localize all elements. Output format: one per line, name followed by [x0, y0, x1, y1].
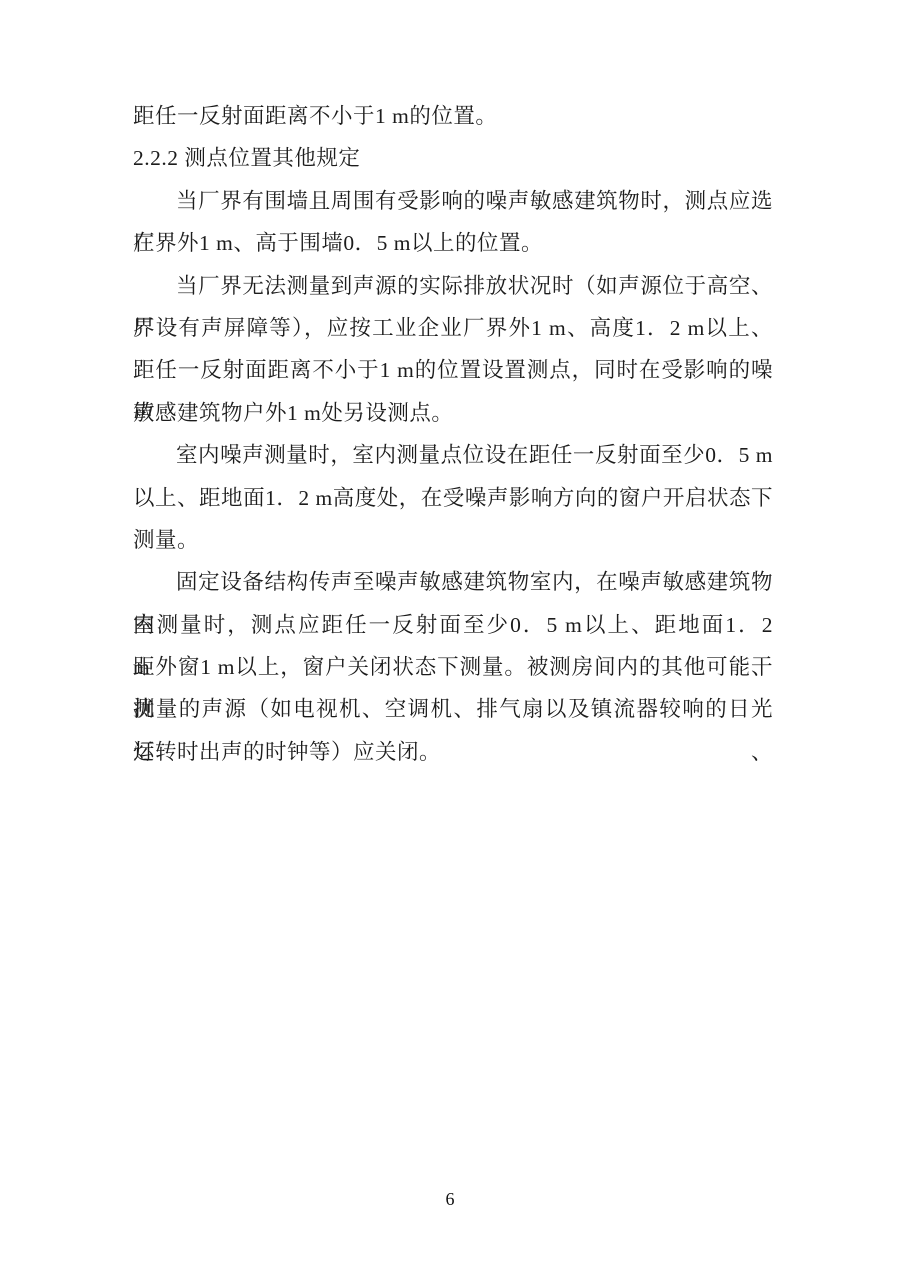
text-line: 敏感建筑物户外1 m处另设测点。	[133, 392, 773, 434]
text-line: 内测量时，测点应距任一反射面至少0．5 m以上、距地面1．2 m、	[133, 604, 773, 646]
section-heading: 2.2.2 测点位置其他规定	[133, 137, 773, 179]
page-number: 6	[0, 1188, 900, 1210]
text-line: 距外窗1 m以上，窗户关闭状态下测量。被测房间内的其他可能干扰	[133, 646, 773, 688]
text-line: 当厂界无法测量到声源的实际排放状况时（如声源位于高空、厂	[133, 265, 773, 307]
text-line: 测量的声源（如电视机、空调机、排气扇以及镇流器较响的日光灯、	[133, 688, 773, 730]
text-line: 测量。	[133, 519, 773, 561]
text-line: 界设有声屏障等），应按工业企业厂界外1 m、高度1．2 m以上、	[133, 307, 773, 349]
text-line: 固定设备结构传声至噪声敏感建筑物室内，在噪声敏感建筑物室	[133, 561, 773, 603]
text-line: 以上、距地面1．2 m高度处，在受噪声影响方向的窗户开启状态下	[133, 477, 773, 519]
text-line: 距任一反射面距离不小于1 m的位置。	[133, 95, 773, 137]
text-line: 当厂界有围墙且周围有受影响的噪声敏感建筑物时，测点应选在	[133, 180, 773, 222]
text-line: 厂界外1 m、高于围墙0．5 m以上的位置。	[133, 222, 773, 264]
document-page: 距任一反射面距离不小于1 m的位置。 2.2.2 测点位置其他规定 当厂界有围墙…	[0, 0, 900, 1271]
text-block: 距任一反射面距离不小于1 m的位置。 2.2.2 测点位置其他规定 当厂界有围墙…	[133, 95, 773, 773]
text-line: 室内噪声测量时，室内测量点位设在距任一反射面至少0．5 m	[133, 434, 773, 476]
text-line: 距任一反射面距离不小于1 m的位置设置测点，同时在受影响的噪声	[133, 349, 773, 391]
